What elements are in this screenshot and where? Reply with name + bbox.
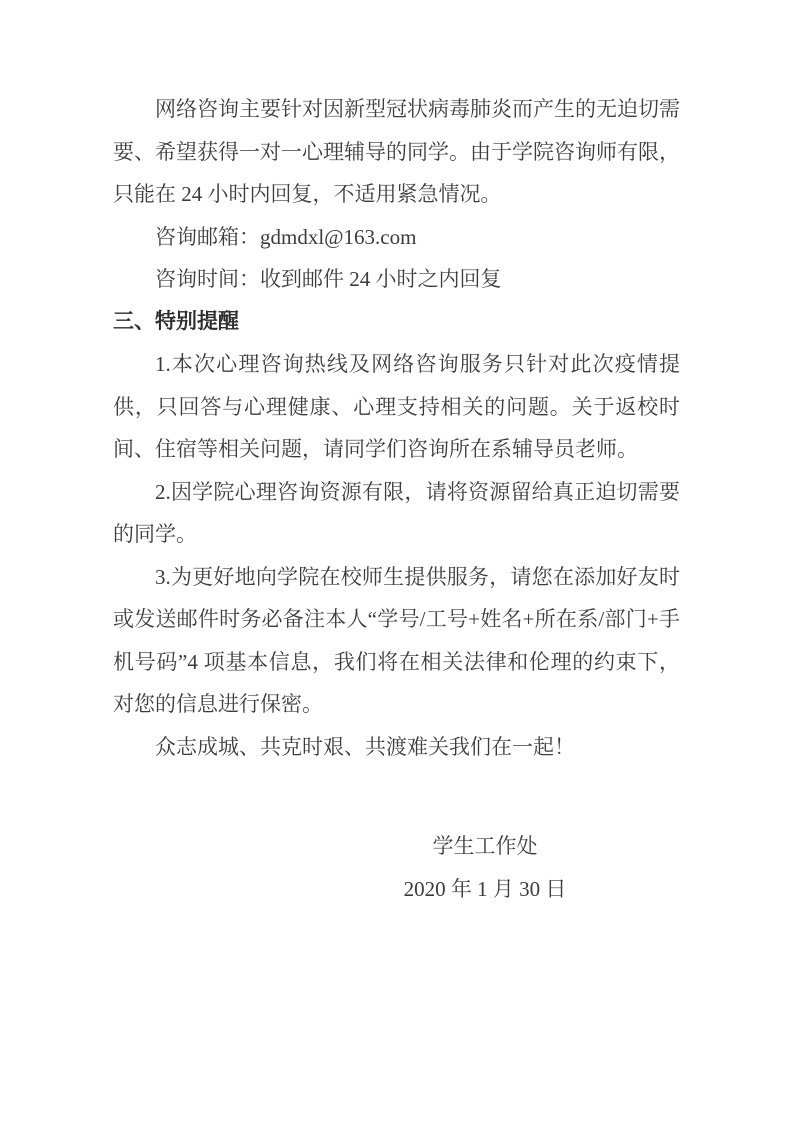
section-heading-special-notes: 三、特别提醒 — [113, 301, 680, 344]
signature-date: 2020 年 1 月 30 日 — [330, 868, 640, 911]
signature-org: 学生工作处 — [330, 825, 640, 868]
closing-slogan-line: 众志成城、共克时艰、共渡难关我们在一起！ — [113, 726, 680, 769]
consult-time-line: 咨询时间：收到邮件 24 小时之内回复 — [113, 258, 680, 301]
note-item-3: 3.为更好地向学院在校师生提供服务，请您在添加好友时或发送邮件时务必备注本人“学… — [113, 556, 680, 726]
signature-block: 学生工作处 2020 年 1 月 30 日 — [330, 825, 640, 910]
note-item-2: 2.因学院心理咨询资源有限，请将资源留给真正迫切需要的同学。 — [113, 471, 680, 556]
document-page: 网络咨询主要针对因新型冠状病毒肺炎而产生的无迫切需要、希望获得一对一心理辅导的同… — [0, 0, 793, 1122]
consult-email-line: 咨询邮箱：gdmdxl@163.com — [113, 216, 680, 259]
note-item-1: 1.本次心理咨询热线及网络咨询服务只针对此次疫情提供，只回答与心理健康、心理支持… — [113, 343, 680, 471]
intro-paragraph: 网络咨询主要针对因新型冠状病毒肺炎而产生的无迫切需要、希望获得一对一心理辅导的同… — [113, 88, 680, 216]
